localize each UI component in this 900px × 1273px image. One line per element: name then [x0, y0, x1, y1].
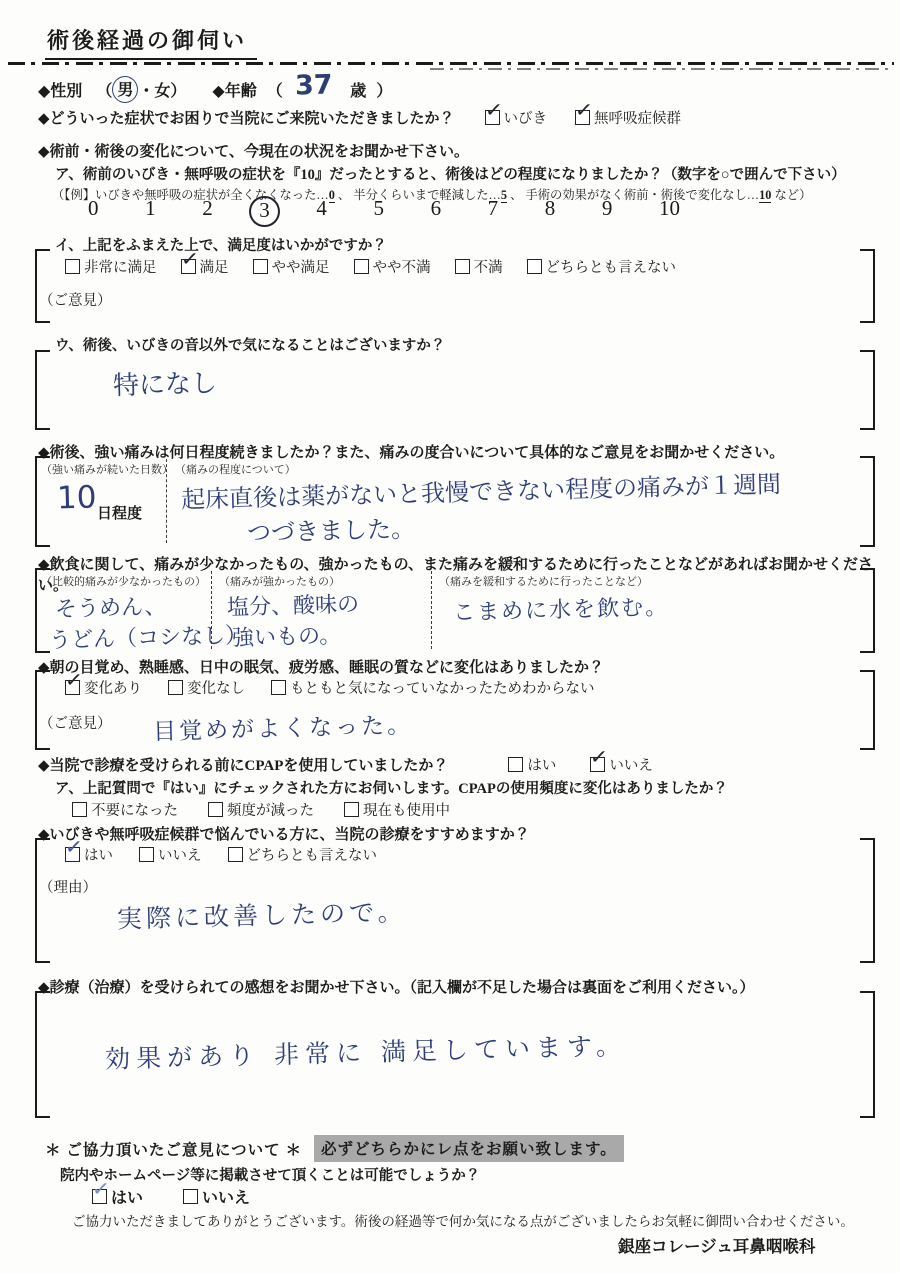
checkbox-snoring[interactable]: ✓ いびき [485, 107, 548, 128]
checkbox-box[interactable]: ✓ [183, 1189, 198, 1204]
handwritten-food2-line2: 強いもの。 [232, 619, 342, 653]
answer-box-sleep: ✓変化あり ✓変化なし ✓もともと気になっていなかったためわからない （ご意見）… [35, 670, 875, 750]
checkbox-label: はい [527, 754, 556, 775]
checkbox-box[interactable]: ✓ [168, 680, 183, 695]
publish-question-label: 院内やホームページ等に掲載させて頂くことは可能でしょうか？ [60, 1164, 480, 1185]
recommend-options: ✓はい ✓いいえ ✓どちらとも言えない [65, 844, 377, 865]
profile-row: ◆性別 （ 男 ・ 女 ） ◆年齢 （ 37 歳 ） [38, 76, 392, 103]
checkbox-box[interactable]: ✓ [208, 802, 223, 817]
scale-number-0[interactable]: 0 [88, 196, 99, 225]
paren: （ [267, 78, 283, 101]
paren: ） [170, 78, 186, 101]
checkbox-very-satisfied[interactable]: ✓非常に満足 [65, 256, 157, 277]
checkbox-box[interactable]: ✓ [485, 110, 500, 125]
page-title: 術後経過の御伺い [45, 24, 257, 60]
bracket-left [35, 991, 50, 1118]
age-label: ◆年齢 [212, 78, 256, 101]
rating-scale: 0 1 2 3 4 5 6 7 8 9 10 [88, 196, 680, 225]
checkbox-publish-yes[interactable]: ✓はい [92, 1185, 143, 1208]
checkbox-cpap-yes[interactable]: ✓はい [508, 754, 556, 775]
answer-box-other-concerns[interactable]: 特になし [35, 350, 875, 430]
check-icon: ✓ [91, 1178, 111, 1201]
sleep-options: ✓変化あり ✓変化なし ✓もともと気になっていなかったためわからない [65, 677, 595, 698]
checkbox-box[interactable]: ✓ [228, 847, 243, 862]
gender-label: ◆性別 [38, 78, 82, 101]
footer-note-row: ＊ ご協力頂いたご意見について ＊ 必ずどちらかにレ点をお願い致します。 [45, 1135, 624, 1162]
gender-separator: ・ [138, 78, 154, 101]
checkbox-dissatisfied[interactable]: ✓不満 [455, 256, 503, 277]
gender-option-male[interactable]: 男 [112, 76, 138, 103]
footer-note-prefix: ＊ ご協力頂いたご意見について ＊ [45, 1138, 302, 1160]
example-value-10: 10 [759, 188, 771, 203]
question-cpap-label: ◆当院で診療を受けられる前にCPAPを使用していましたか？ [38, 754, 448, 775]
divider-dashdot [8, 62, 894, 65]
bracket-left [35, 350, 50, 430]
checkbox-satisfied[interactable]: ✓満足 [181, 256, 229, 277]
food-relief-label: （痛みを緩和するために行ったことなど） [439, 573, 648, 589]
checkbox-label: はい [111, 1185, 143, 1208]
checkbox-frequency-reduced[interactable]: ✓頻度が減った [208, 799, 314, 820]
checkbox-label: もともと気になっていなかったためわからない [290, 677, 595, 698]
bracket-right [860, 991, 875, 1118]
bracket-right [860, 456, 875, 547]
check-icon: ✓ [574, 99, 594, 122]
checkbox-apnea[interactable]: ✓ 無呼吸症候群 [575, 107, 681, 128]
checkbox-label: 満足 [200, 256, 229, 277]
scale-number-3-selected[interactable]: 3 [249, 196, 280, 227]
answer-box-food[interactable]: （比較的痛みが少なかったもの） （痛みが強かったもの） （痛みを緩和するために行… [35, 568, 875, 653]
answer-box-satisfaction: ✓非常に満足 ✓満足 ✓やや満足 ✓やや不満 ✓不満 ✓どちらとも言えない （ご… [35, 249, 875, 323]
paren: （ [96, 78, 112, 101]
checkbox-box[interactable]: ✓ [590, 757, 605, 772]
checkbox-label: やや満足 [272, 256, 330, 277]
satisfaction-options: ✓非常に満足 ✓満足 ✓やや満足 ✓やや不満 ✓不満 ✓どちらとも言えない [65, 256, 676, 277]
checkbox-recommend-yes[interactable]: ✓はい [65, 844, 113, 865]
checkbox-label: 変化なし [187, 677, 245, 698]
age-unit: 歳 [350, 78, 366, 101]
scale-number-9[interactable]: 9 [602, 196, 613, 225]
checkbox-label: 非常に満足 [84, 256, 157, 277]
scanned-questionnaire-page: 術後経過の御伺い ◆性別 （ 男 ・ 女 ） ◆年齢 （ 37 歳 ） ◆どうい… [0, 0, 900, 1273]
checkbox-box[interactable]: ✓ [92, 1189, 107, 1204]
bracket-right [860, 670, 875, 750]
check-icon: ✓ [64, 836, 84, 859]
comment-field-label: （ご意見） [39, 289, 112, 310]
clinic-name: 銀座コレージュ耳鼻咽喉科 [618, 1233, 815, 1257]
bracket-right [860, 350, 875, 430]
checkbox-label: やや不満 [373, 256, 431, 277]
checkbox-box[interactable]: ✓ [271, 680, 286, 695]
divider-dashdot-echo [430, 68, 894, 70]
checkbox-label: 変化あり [84, 677, 142, 698]
checkbox-neither[interactable]: ✓どちらとも言えない [527, 256, 677, 277]
bracket-right [860, 838, 875, 963]
food-more-pain-label: （痛みが強かったもの） [219, 573, 340, 589]
checkbox-label: いいえ [609, 754, 653, 775]
scale-number-1[interactable]: 1 [145, 196, 156, 225]
age-value: 37 [294, 70, 332, 102]
checkbox-somewhat-satisfied[interactable]: ✓やや満足 [253, 256, 330, 277]
checkbox-no-longer-needed[interactable]: ✓不要になった [72, 799, 178, 820]
question-symptoms-label: ◆どういった症状でお困りで当院にご来院いただきましたか？ [38, 107, 455, 128]
checkbox-label: 不満 [474, 256, 503, 277]
check-icon: ✓ [483, 99, 503, 122]
question-cpap-sub-label: ア、上記質問で『はい』にチェックされた方にお伺いします。CPAPの使用頻度に変化… [55, 777, 728, 798]
checkbox-label: どちらとも言えない [546, 256, 677, 277]
question-cpap: ◆当院で診療を受けられる前にCPAPを使用していましたか？ ✓はい ✓いいえ [38, 754, 653, 775]
bracket-right [860, 568, 875, 653]
handwritten-food1-line2: うどん（コシなし） [49, 618, 248, 654]
question-scale-label: ア、術前のいびき・無呼吸の症状を『10』だったとすると、術後はどの程度になりまし… [55, 163, 846, 184]
bracket-left [35, 249, 50, 323]
answer-box-impressions[interactable]: 効果があり 非常に 満足しています。 [35, 991, 875, 1118]
handwritten-sleep-answer: 目覚めがよくなった。 [153, 707, 414, 747]
footer-note-highlight: 必ずどちらかにレ点をお願い致します。 [314, 1135, 624, 1162]
column-divider [166, 459, 167, 543]
scale-number-4[interactable]: 4 [316, 196, 327, 225]
checkbox-box[interactable]: ✓ [65, 847, 80, 862]
scale-number-8[interactable]: 8 [545, 196, 556, 225]
checkbox-changed[interactable]: ✓変化あり [65, 677, 142, 698]
pain-days-unit: 日程度 [97, 502, 142, 523]
example-text: など） [771, 188, 811, 202]
handwritten-food2-line1: 塩分、酸味の [227, 587, 360, 621]
checkbox-label: いびき [504, 107, 548, 128]
cpap-sub-options: ✓不要になった ✓頻度が減った ✓現在も使用中 [72, 799, 450, 820]
handwritten-answer: 特になし [113, 363, 218, 403]
checkbox-box[interactable]: ✓ [65, 259, 80, 274]
scale-number-6[interactable]: 6 [431, 196, 442, 225]
bracket-right [860, 249, 875, 323]
bracket-left [35, 838, 50, 963]
comment-field-label: （ご意見） [39, 712, 112, 733]
thanks-message: ご協力いただきましてありがとうございます。術後の経過等で何か気になる点がございま… [72, 1210, 854, 1230]
publish-options: ✓はい ✓いいえ [92, 1185, 250, 1208]
checkbox-box[interactable]: ✓ [354, 259, 369, 274]
food-less-pain-label: （比較的痛みが少なかったもの） [41, 573, 206, 589]
bracket-left [35, 670, 50, 750]
checkbox-publish-no[interactable]: ✓いいえ [183, 1185, 250, 1208]
handwritten-pain-line2: つづきました。 [247, 509, 416, 548]
checkbox-no-change[interactable]: ✓変化なし [168, 677, 245, 698]
checkbox-somewhat-dissatisfied[interactable]: ✓やや不満 [354, 256, 431, 277]
checkbox-label: 頻度が減った [227, 799, 314, 820]
handwritten-recommend-reason: 実際に改善したので。 [117, 892, 407, 936]
checkbox-label: いいえ [202, 1185, 250, 1208]
checkbox-box[interactable]: ✓ [181, 259, 196, 274]
pain-degree-field-label: （痛みの程度について） [175, 461, 296, 477]
pain-days-field-label: （強い痛みが続いた日数） [41, 461, 173, 477]
checkbox-label: はい [84, 844, 113, 865]
answer-box-pain[interactable]: （強い痛みが続いた日数） （痛みの程度について） 10 日程度 起床直後は薬がな… [35, 456, 875, 547]
checkbox-box[interactable]: ✓ [527, 259, 542, 274]
question-change-label: ◆術前・術後の変化について、今現在の状況をお聞かせ下さい。 [38, 140, 469, 161]
checkbox-recommend-no[interactable]: ✓いいえ [139, 844, 202, 865]
checkbox-dont-know[interactable]: ✓もともと気になっていなかったためわからない [271, 677, 595, 698]
checkbox-box[interactable]: ✓ [455, 259, 470, 274]
checkbox-label: 現在も使用中 [363, 799, 450, 820]
handwritten-food1-line1: そうめん、 [55, 590, 167, 624]
check-icon: ✓ [64, 669, 84, 692]
scale-number-2[interactable]: 2 [202, 196, 213, 225]
checkbox-box[interactable]: ✓ [344, 802, 359, 817]
checkbox-recommend-neither[interactable]: ✓どちらとも言えない [228, 844, 378, 865]
checkbox-label: いいえ [158, 844, 202, 865]
checkbox-label: 不要になった [91, 799, 178, 820]
checkbox-label: 無呼吸症候群 [594, 107, 681, 128]
checkbox-box[interactable]: ✓ [575, 110, 590, 125]
paren: ） [376, 78, 392, 101]
scale-number-7[interactable]: 7 [488, 196, 499, 225]
check-icon: ✓ [589, 746, 609, 769]
handwritten-days-value: 10 [57, 479, 97, 516]
checkbox-cpap-no[interactable]: ✓いいえ [590, 754, 653, 775]
reason-field-label: （理由） [39, 876, 97, 897]
checkbox-box[interactable]: ✓ [139, 847, 154, 862]
handwritten-food3-line1: こまめに水を飲む。 [453, 590, 670, 627]
checkbox-still-using[interactable]: ✓現在も使用中 [344, 799, 450, 820]
scale-number-10[interactable]: 10 [659, 196, 680, 225]
answer-box-recommend: ✓はい ✓いいえ ✓どちらとも言えない （理由） 実際に改善したので。 [35, 838, 875, 963]
checkbox-box[interactable]: ✓ [65, 680, 80, 695]
question-symptoms: ◆どういった症状でお困りで当院にご来院いただきましたか？ ✓ いびき ✓ 無呼吸… [38, 107, 681, 128]
checkbox-box[interactable]: ✓ [72, 802, 87, 817]
scale-number-5[interactable]: 5 [373, 196, 384, 225]
checkbox-box[interactable]: ✓ [253, 259, 268, 274]
checkbox-box[interactable]: ✓ [508, 757, 523, 772]
column-divider [431, 571, 432, 649]
check-icon: ✓ [179, 248, 199, 271]
handwritten-impressions: 効果があり 非常に 満足しています。 [105, 1026, 628, 1076]
checkbox-label: どちらとも言えない [247, 844, 378, 865]
gender-option-female[interactable]: 女 [154, 78, 170, 101]
